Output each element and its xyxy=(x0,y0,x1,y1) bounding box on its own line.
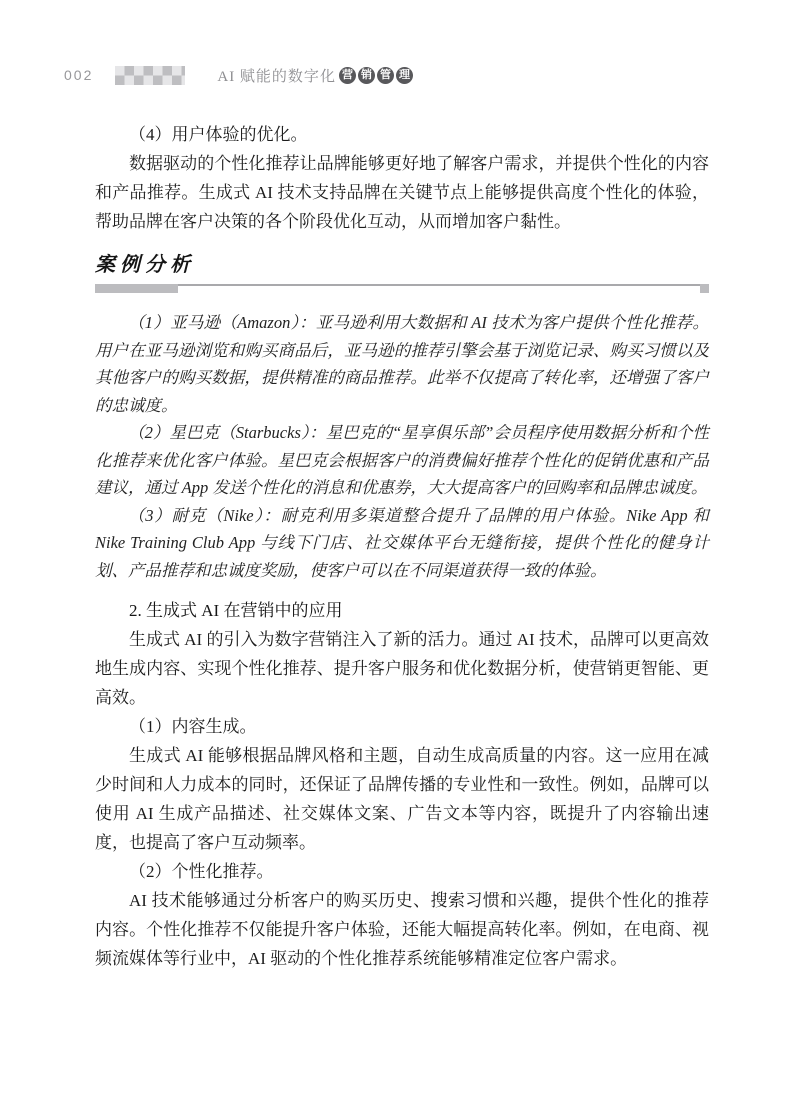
page-content: （4）用户体验的优化。 数据驱动的个性化推荐让品牌能够更好地了解客户需求，并提供… xyxy=(95,120,709,973)
book-title: AI 赋能的数字化 xyxy=(217,65,336,86)
section-2-heading: 2. 生成式 AI 在营销中的应用 xyxy=(95,596,709,625)
personalized-recommendation-heading: （2）个性化推荐。 xyxy=(95,857,709,886)
case-analysis-title: 案例分析 xyxy=(95,250,709,280)
case-item-amazon: （1）亚马逊（Amazon）：亚马逊利用大数据和 AI 技术为客户提供个性化推荐… xyxy=(95,309,709,419)
book-title-badges: 营 销 管 理 xyxy=(339,67,413,84)
case-item-nike: （3）耐克（Nike）：耐克利用多渠道整合提升了品牌的用户体验。Nike App… xyxy=(95,502,709,585)
case-item-starbucks: （2）星巴克（Starbucks）：星巴克的“星享俱乐部”会员程序使用数据分析和… xyxy=(95,419,709,502)
subsection-4-heading: （4）用户体验的优化。 xyxy=(95,120,709,149)
subsection-4-paragraph: 数据驱动的个性化推荐让品牌能够更好地了解客户需求，并提供个性化的内容和产品推荐。… xyxy=(95,149,709,236)
title-badge-3: 管 xyxy=(377,67,394,84)
checkerboard-pattern-icon xyxy=(115,66,185,85)
title-badge-2: 销 xyxy=(358,67,375,84)
case-analysis-divider xyxy=(95,284,709,293)
content-generation-paragraph: 生成式 AI 能够根据品牌风格和主题，自动生成高质量的内容。这一应用在减少时间和… xyxy=(95,741,709,857)
title-badge-1: 营 xyxy=(339,67,356,84)
content-generation-heading: （1）内容生成。 xyxy=(95,712,709,741)
divider-right-square xyxy=(700,284,709,293)
page-number: 002 xyxy=(64,67,93,83)
title-badge-4: 理 xyxy=(396,67,413,84)
case-list: （1）亚马逊（Amazon）：亚马逊利用大数据和 AI 技术为客户提供个性化推荐… xyxy=(95,309,709,584)
page-header: 002 AI 赋能的数字化 营 销 管 理 xyxy=(64,64,735,86)
divider-line xyxy=(95,284,709,286)
section-2-intro: 生成式 AI 的引入为数字营销注入了新的活力。通过 AI 技术，品牌可以更高效地… xyxy=(95,625,709,712)
case-analysis-panel: 案例分析 （1）亚马逊（Amazon）：亚马逊利用大数据和 AI 技术为客户提供… xyxy=(95,250,709,584)
personalized-recommendation-paragraph: AI 技术能够通过分析客户的购买历史、搜索习惯和兴趣，提供个性化的推荐内容。个性… xyxy=(95,886,709,973)
divider-left-block xyxy=(95,284,178,293)
